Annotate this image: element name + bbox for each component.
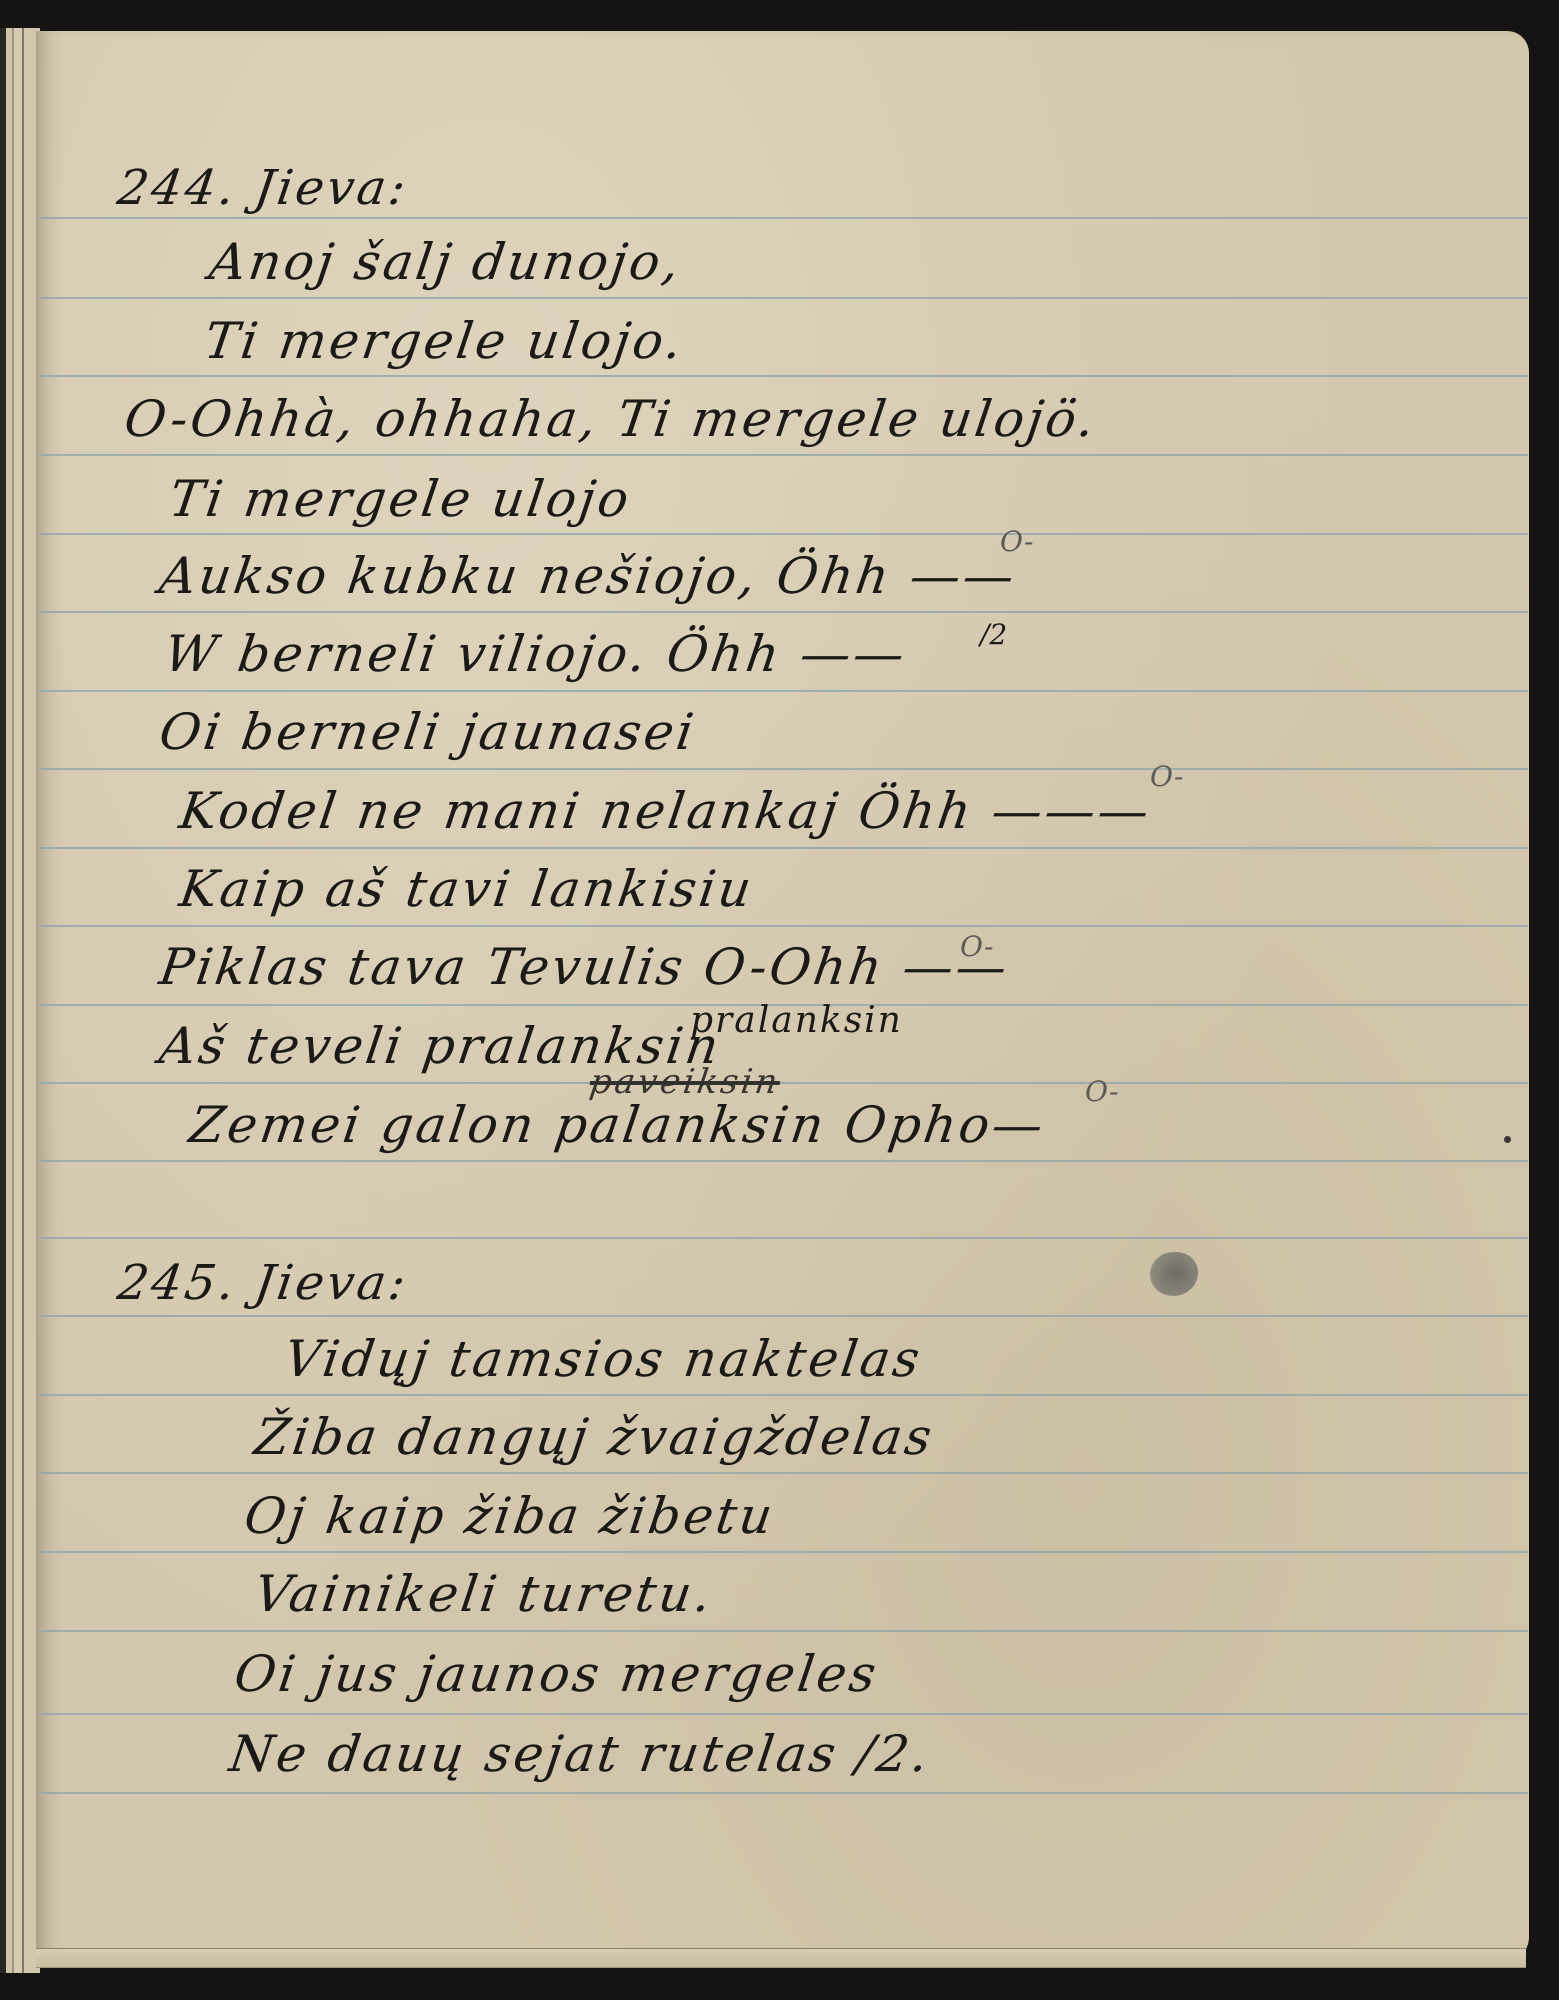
ruled-line (40, 217, 1528, 219)
song-heading: 244. Jieva: (114, 160, 412, 216)
song-line: Piklas tava Tevulis O-Ohh —— (156, 938, 1013, 996)
ruled-line (40, 1792, 1528, 1794)
ruled-line (40, 690, 1528, 692)
song-line: Kaip aš tavi lankisiu (176, 860, 758, 918)
ruled-line (40, 297, 1528, 299)
ruled-line (40, 768, 1528, 770)
superscript-annotation: O- (960, 930, 993, 963)
song-line: Ti mergele ulojo. (201, 312, 688, 370)
superscript-annotation: O- (1085, 1075, 1118, 1108)
ruled-line (40, 1713, 1528, 1715)
song-line: Žiba dangųj žvaigždelas (251, 1408, 938, 1466)
song-line: Vidųj tamsios naktelas (281, 1330, 926, 1388)
song-line: Zemei galon palanksin Opho— (186, 1096, 1050, 1154)
ruled-line (40, 533, 1528, 535)
ruled-line (40, 847, 1528, 849)
song-line: Ne dauų sejat rutelas /2. (226, 1725, 935, 1783)
ruled-line (40, 1315, 1528, 1317)
ruled-line (40, 1551, 1528, 1553)
song-line: Oi berneli jaunasei (156, 703, 700, 761)
ruled-line (40, 1472, 1528, 1474)
song-line: Oi jus jaunos mergeles (231, 1645, 882, 1703)
song-line: Anoj šalj dunojo, (206, 233, 686, 291)
ink-dot (1504, 1136, 1511, 1143)
ruled-line (40, 1082, 1528, 1084)
ruled-line (40, 925, 1528, 927)
song-heading: 245. Jieva: (114, 1255, 412, 1311)
song-line: Ti mergele ulojo (166, 470, 635, 528)
notebook-binding-edge (0, 28, 40, 1973)
song-line: Aukso kubku nešiojo, Öhh —— (156, 547, 1021, 605)
song-line: W berneli viliojo. Öhh —— (161, 625, 911, 683)
ruled-line (40, 454, 1528, 456)
page-stack-bottom-edge (36, 1948, 1526, 1968)
ruled-line (40, 1630, 1528, 1632)
superscript-annotation: O- (1150, 760, 1183, 793)
inserted-correction: pralanksin (690, 1000, 903, 1041)
ruled-line (40, 611, 1528, 613)
song-line: Kodel ne mani nelankaj Öhh ——— (176, 782, 1155, 840)
ruled-line (40, 1160, 1528, 1162)
ruled-line (40, 375, 1528, 377)
ruled-line (40, 1237, 1528, 1239)
superscript-annotation: O- (1000, 525, 1033, 558)
repeat-mark: /2 (980, 618, 1007, 651)
song-line: Oj kaip žiba žibetu (241, 1487, 779, 1545)
song-line: Vainikeli turetu. (251, 1565, 717, 1623)
ruled-line (40, 1394, 1528, 1396)
song-line: O-Ohhà, ohhaha, Ti mergele ulojö. (121, 390, 1101, 448)
